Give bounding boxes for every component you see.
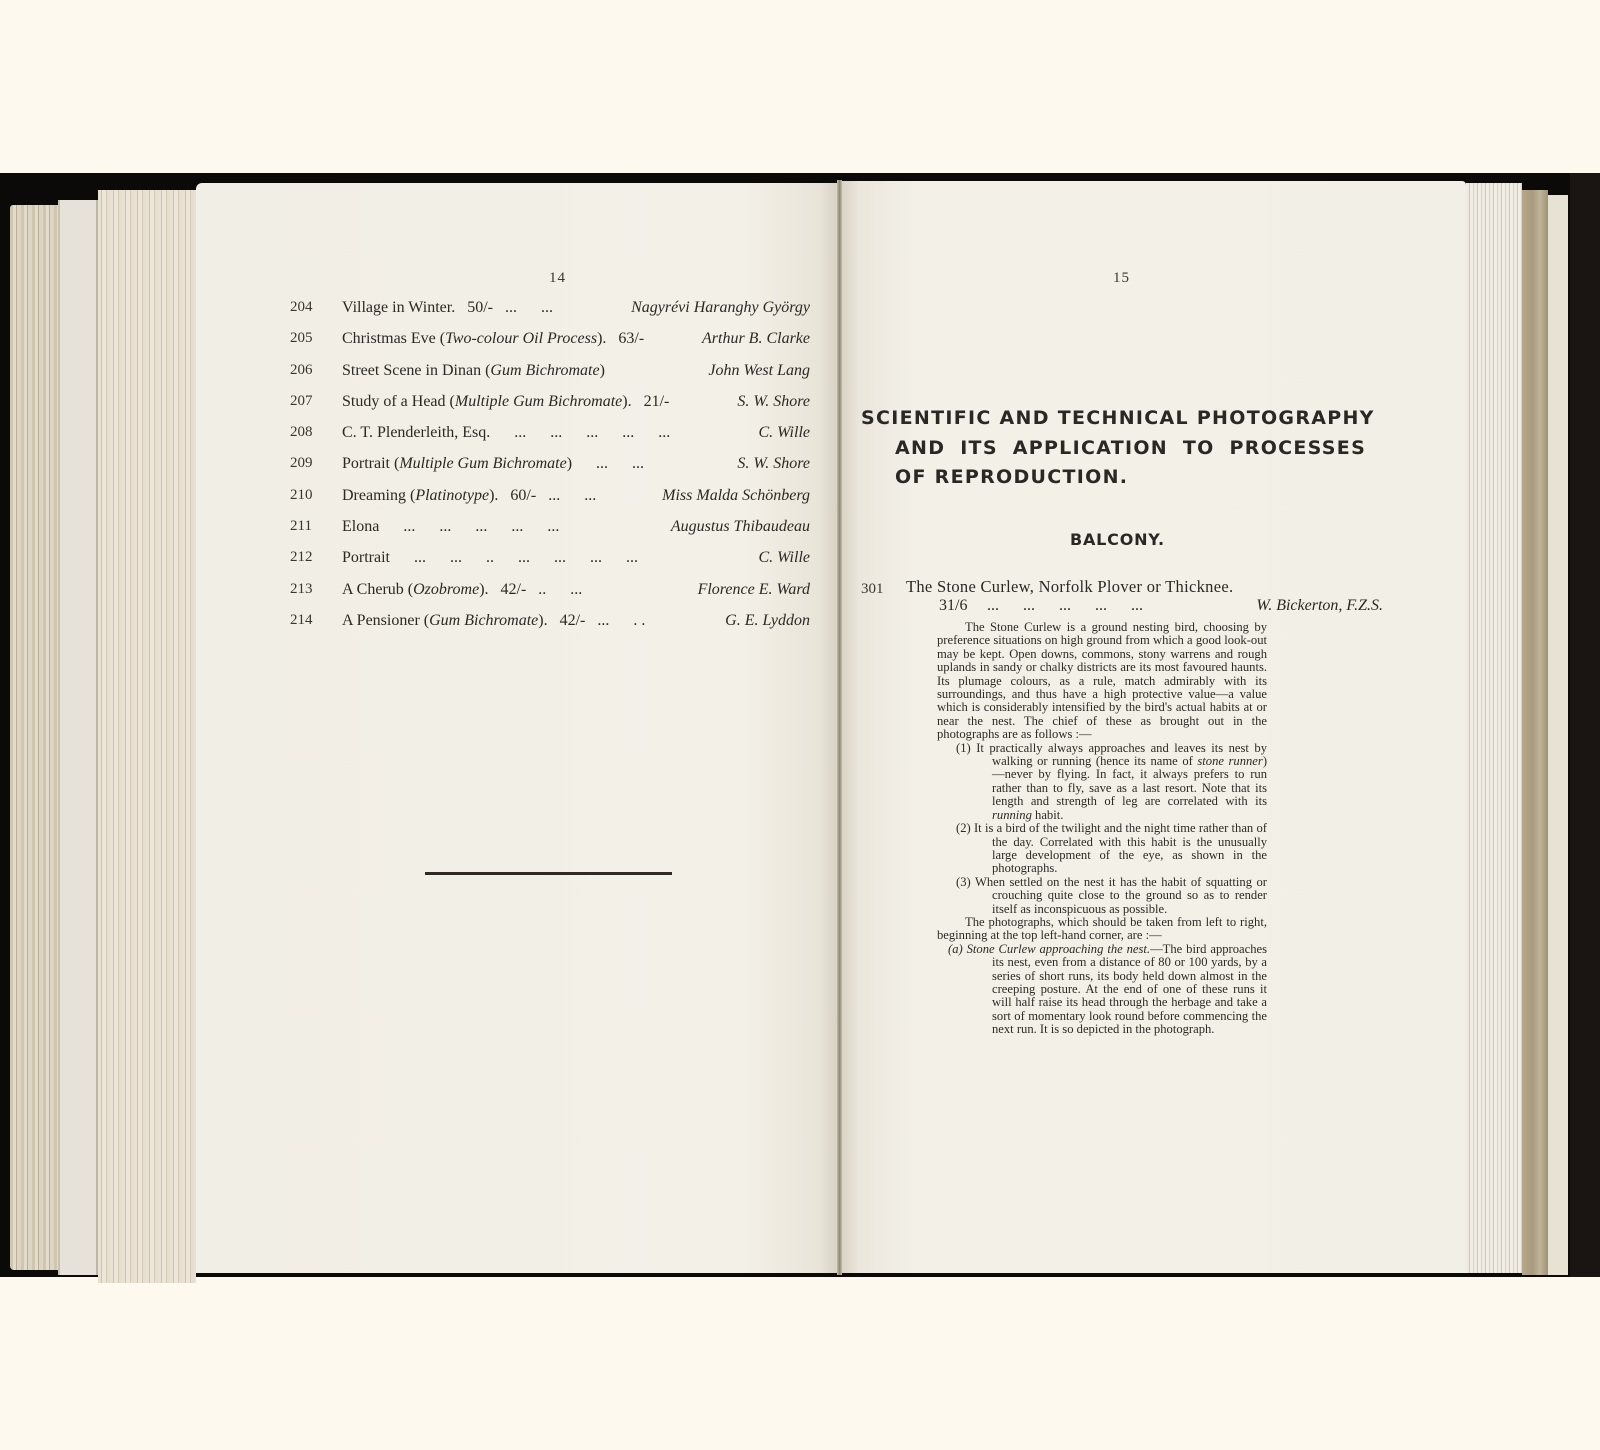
entry-title-text: Village in Winter. [342,299,455,316]
book-cover-edge [1570,173,1600,1277]
entry-number: 204 [290,299,330,316]
catalog-entry: 210Dreaming (Platinotype).60/-... ...Mis… [290,487,810,518]
entry-title: A Pensioner (Gum Bichromate).42/-... . . [342,612,645,630]
entry-title-text: Portrait [342,549,390,566]
entry-title-suffix: ) [600,362,605,379]
section-title: SCIENTIFIC AND TECHNICAL PHOTOGRAPHY AND… [861,404,1381,493]
entry-leader-dots: ... ... ... ... ... [403,518,559,535]
entry-price: 31/6 [939,597,967,615]
entry-title: Portrait... ... .. ... ... ... ... [342,549,638,567]
entry-leader-dots: ... ... [548,487,596,504]
entry-artist: C. Wille [758,424,810,442]
page-stack-left-outer [10,205,58,1270]
entry-price: 60/- [510,487,536,504]
entry-title-suffix: ). [597,330,606,347]
entry-price: 42/- [501,581,527,598]
entry-number: 207 [290,393,330,410]
catalog-entry: 205Christmas Eve (Two-colour Oil Process… [290,330,810,361]
point-label: (1) [956,741,971,755]
description-point: (1) It practically always approaches and… [937,742,1267,822]
entry-title-suffix: ) [567,455,572,472]
description-point: (3) When settled on the nest it has the … [937,876,1267,916]
entry-number: 211 [290,518,330,535]
entry-artist: Nagyrévi Haranghy György [631,299,810,317]
entry-artist: Florence E. Ward [698,581,810,599]
entry-number: 209 [290,455,330,472]
entry-process: Multiple Gum Bichromate [399,455,566,472]
entry-number: 213 [290,581,330,598]
subsection-heading: BALCONY. [1070,530,1165,549]
entry-artist: G. E. Lyddon [725,612,810,630]
point-label: (2) [956,821,971,835]
entry-number: 205 [290,330,330,347]
point-label: (3) [956,875,971,889]
entry-process: Gum Bichromate [490,362,599,379]
photos-intro: The photographs, which should be taken f… [937,916,1267,943]
page-stack-left-inner [98,190,196,1283]
page-stack-right-outer [1522,190,1548,1275]
entry-number: 214 [290,612,330,629]
page-stack-left-mid [58,200,98,1275]
point-text-end: habit. [1032,808,1063,822]
section-title-line-3: OF REPRODUCTION. [861,463,1381,493]
entry-title-text: Dreaming ( [342,487,415,504]
entry-title: Portrait (Multiple Gum Bichromate)... ..… [342,455,644,473]
entry-artist: W. Bickerton, F.Z.S. [1256,597,1383,615]
catalog-entry: 209Portrait (Multiple Gum Bichromate)...… [290,455,810,486]
entry-title-suffix: ). [479,581,488,598]
entry-leader-dots: ... ... ... ... ... [514,424,670,441]
catalog-entry: 204Village in Winter.50/-... ...Nagyrévi… [290,299,810,330]
entry-artist: Miss Malda Schönberg [662,487,810,505]
entry-title-suffix: ). [489,487,498,504]
page-number-right: 15 [1113,270,1130,287]
catalog-entry: 206Street Scene in Dinan (Gum Bichromate… [290,362,810,393]
entry-price: 63/- [618,330,644,347]
entry-leader-dots: .. ... [538,581,582,598]
entry-title-text: Street Scene in Dinan ( [342,362,490,379]
entry-artist: Augustus Thibaudeau [671,518,810,536]
entry-process: Two-colour Oil Process [445,330,597,347]
entry-process: Gum Bichromate [429,612,538,629]
entry-process: Platinotype [415,487,489,504]
photo-label: (a) [948,942,963,956]
description-intro: The Stone Curlew is a ground nesting bir… [937,621,1267,742]
catalog-entry: 214A Pensioner (Gum Bichromate).42/-... … [290,612,810,643]
section-end-rule [425,872,672,875]
entry-title-suffix: ). [622,393,631,410]
entry-leader-dots: ... ... .. ... ... ... ... [414,549,638,566]
entry-title: Study of a Head (Multiple Gum Bichromate… [342,393,681,411]
entry-number: 212 [290,549,330,566]
description-point: (2) It is a bird of the twilight and the… [937,822,1267,876]
entry-title: Christmas Eve (Two-colour Oil Process).6… [342,330,656,348]
photo-text: —The bird approaches its nest, even from… [992,942,1267,1036]
entry-title: Village in Winter.50/-... ... [342,299,553,317]
description-points: (1) It practically always approaches and… [937,742,1267,916]
entry-title-text: Portrait ( [342,455,399,472]
page-number-left: 14 [549,270,566,287]
page-stack-right-cover [1548,195,1568,1275]
entry-title-text: A Pensioner ( [342,612,429,629]
catalog-entry: 213A Cherub (Ozobrome).42/-.. ...Florenc… [290,581,810,612]
entry-leader-dots: ... ... [505,299,553,316]
point-text: It is a bird of the twilight and the nig… [974,821,1267,875]
entry-number: 208 [290,424,330,441]
entry-artist: C. Wille [758,549,810,567]
point-text: When settled on the nest it has the habi… [975,875,1267,916]
catalog-entry: 212Portrait... ... .. ... ... ... ...C. … [290,549,810,580]
entry-process: Ozobrome [413,581,479,598]
entry-artist: S. W. Shore [737,393,810,411]
entry-price-row: 31/6 ... ... ... ... ... W. Bickerton, F… [939,597,1383,619]
catalog-list: 204Village in Winter.50/-... ...Nagyrévi… [290,299,810,643]
entry-process: Multiple Gum Bichromate [455,393,622,410]
entry-artist: S. W. Shore [737,455,810,473]
entry-leader-dots: ... ... [596,455,644,472]
entry-title-text: Christmas Eve ( [342,330,445,347]
entry-title: The Stone Curlew, Norfolk Plover or Thic… [906,577,1233,597]
entry-title: A Cherub (Ozobrome).42/-.. ... [342,581,582,599]
entry-number: 210 [290,487,330,504]
point-italic: stone runner [1197,754,1262,768]
entry-artist: John West Lang [708,362,810,380]
entry-artist-suffix: F.Z.S. [1342,597,1383,614]
entry-price: 50/- [467,299,493,316]
entry-leader-dots: ... ... ... ... ... [987,597,1143,615]
entry-title: Street Scene in Dinan (Gum Bichromate) [342,362,629,380]
photo-caption: Stone Curlew approaching the nest. [967,942,1150,956]
catalog-entry: 207Study of a Head (Multiple Gum Bichrom… [290,393,810,424]
entry-price: 21/- [644,393,670,410]
entry-number: 206 [290,362,330,379]
photo-items: (a) Stone Curlew approaching the nest.—T… [937,943,1267,1037]
section-title-line-2: AND ITS APPLICATION TO PROCESSES [861,434,1381,464]
photo-item: (a) Stone Curlew approaching the nest.—T… [937,943,1267,1037]
catalog-entry: 208C. T. Plenderleith, Esq.... ... ... .… [290,424,810,455]
entry-description: The Stone Curlew is a ground nesting bir… [937,621,1267,1037]
entry-leader-dots: ... . . [597,612,645,629]
entry-number: 301 [861,581,884,598]
entry-title-suffix: ). [538,612,547,629]
entry-title-text: C. T. Plenderleith, Esq. [342,424,490,441]
entry-artist-name: W. Bickerton, [1256,597,1342,614]
entry-price: 42/- [560,612,586,629]
entry-title: C. T. Plenderleith, Esq.... ... ... ... … [342,424,670,442]
book-gutter [837,180,842,1275]
entry-title-text: A Cherub ( [342,581,413,598]
entry-artist: Arthur B. Clarke [702,330,810,348]
point-italic-2: running [992,808,1032,822]
entry-title: Elona... ... ... ... ... [342,518,559,536]
entry-title-text: Study of a Head ( [342,393,455,410]
entry-title: Dreaming (Platinotype).60/-... ... [342,487,596,505]
catalog-entry: 211Elona... ... ... ... ...Augustus Thib… [290,518,810,549]
section-title-line-1: SCIENTIFIC AND TECHNICAL PHOTOGRAPHY [861,404,1381,434]
entry-title-text: Elona [342,518,379,535]
page-stack-right-inner [1466,183,1522,1273]
